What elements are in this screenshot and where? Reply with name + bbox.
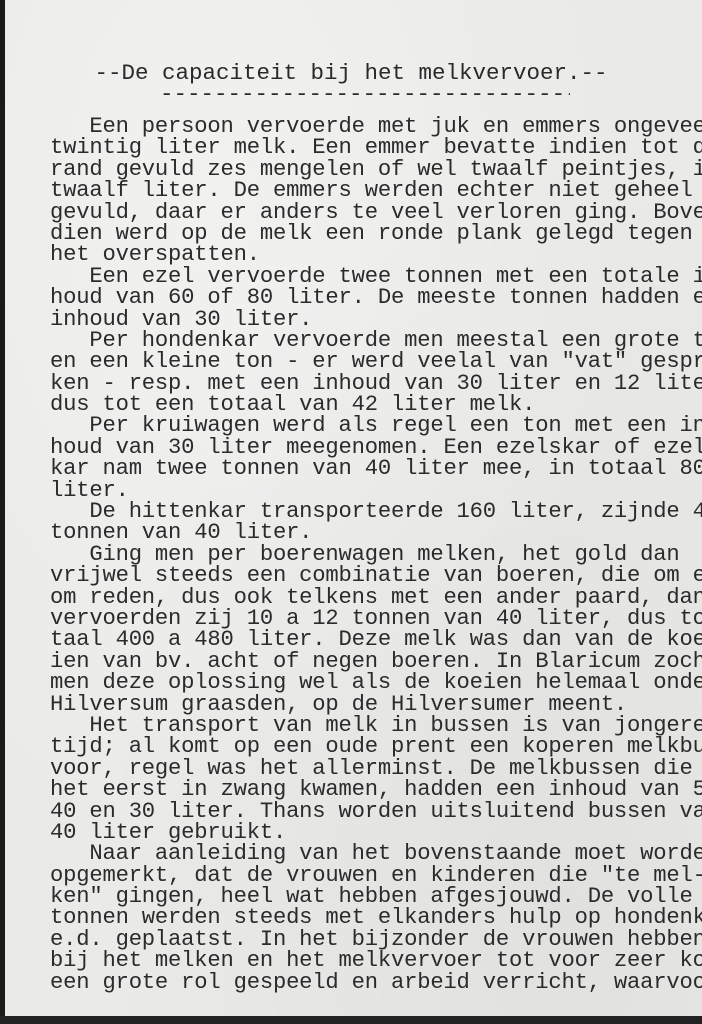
text-line: ien van bv. acht of negen boeren. In Bla… <box>50 651 690 672</box>
text-line: Naar aanleiding van het bovenstaande moe… <box>50 843 690 864</box>
text-line: dien werd op de melk een ronde plank gel… <box>50 223 690 244</box>
text-line: 40 liter gebruikt. <box>50 822 690 843</box>
text-line: vervoerden zij 10 a 12 tonnen van 40 lit… <box>50 608 690 629</box>
text-line: Het transport van melk in bussen is van … <box>50 715 690 736</box>
document-body: Een persoon vervoerde met juk en emmers … <box>50 116 690 993</box>
text-line: kar nam twee tonnen van 40 liter mee, in… <box>50 458 690 479</box>
text-line: Ging men per boerenwagen melken, het gol… <box>50 544 690 565</box>
text-line: tonnen werden steeds met elkanders hulp … <box>50 907 690 928</box>
text-line: twintig liter melk. Een emmer bevatte in… <box>50 137 690 158</box>
text-line: het overspatten. <box>50 244 690 265</box>
text-line: Per hondenkar vervoerde men meestal een … <box>50 330 690 351</box>
text-line: Hilversum graasden, op de Hilversumer me… <box>50 694 690 715</box>
text-line: het eerst in zwang kwamen, hadden een in… <box>50 779 690 800</box>
text-line: houd van 30 liter meegenomen. Een ezelsk… <box>50 437 690 458</box>
text-line: opgemerkt, dat de vrouwen en kinderen di… <box>50 865 690 886</box>
text-line: tijd; al komt op een oude prent een kope… <box>50 736 690 757</box>
text-line: ken - resp. met een inhoud van 30 liter … <box>50 373 690 394</box>
text-line: rand gevuld zes mengelen of wel twaalf p… <box>50 159 690 180</box>
text-line: bij het melken en het melkvervoer tot vo… <box>50 950 690 971</box>
text-line: en een kleine ton - er werd veelal van "… <box>50 351 690 372</box>
text-line: voor, regel was het allerminst. De melkb… <box>50 758 690 779</box>
text-line: De hittenkar transporteerde 160 liter, z… <box>50 501 690 522</box>
text-line: Per kruiwagen werd als regel een ton met… <box>50 415 690 436</box>
title-underline: ------------------------------------- <box>160 81 570 107</box>
text-line: twaalf liter. De emmers werden echter ni… <box>50 180 690 201</box>
text-line: dus tot een totaal van 42 liter melk. <box>50 394 690 415</box>
text-line: e.d. geplaatst. In het bijzonder de vrou… <box>50 929 690 950</box>
text-line: Een ezel vervoerde twee tonnen met een t… <box>50 266 690 287</box>
text-line: taal 400 a 480 liter. Deze melk was dan … <box>50 629 690 650</box>
page-bottom-edge-shadow <box>0 1016 702 1024</box>
text-line: liter. <box>50 480 690 501</box>
text-line: gevuld, daar er anders te veel verloren … <box>50 202 690 223</box>
text-line: een grote rol gespeeld en arbeid verrich… <box>50 972 690 993</box>
text-line: men deze oplossing wel als de koeien hel… <box>50 672 690 693</box>
text-line: inhoud van 30 liter. <box>50 309 690 330</box>
text-line: ken" gingen, heel wat hebben afgesjouwd.… <box>50 886 690 907</box>
text-line: 40 en 30 liter. Thans worden uitsluitend… <box>50 801 690 822</box>
text-line: om reden, dus ook telkens met een ander … <box>50 587 690 608</box>
text-line: vrijwel steeds een combinatie van boeren… <box>50 565 690 586</box>
text-line: tonnen van 40 liter. <box>50 522 690 543</box>
text-line: Een persoon vervoerde met juk en emmers … <box>50 116 690 137</box>
text-line: houd van 60 of 80 liter. De meeste tonne… <box>50 287 690 308</box>
